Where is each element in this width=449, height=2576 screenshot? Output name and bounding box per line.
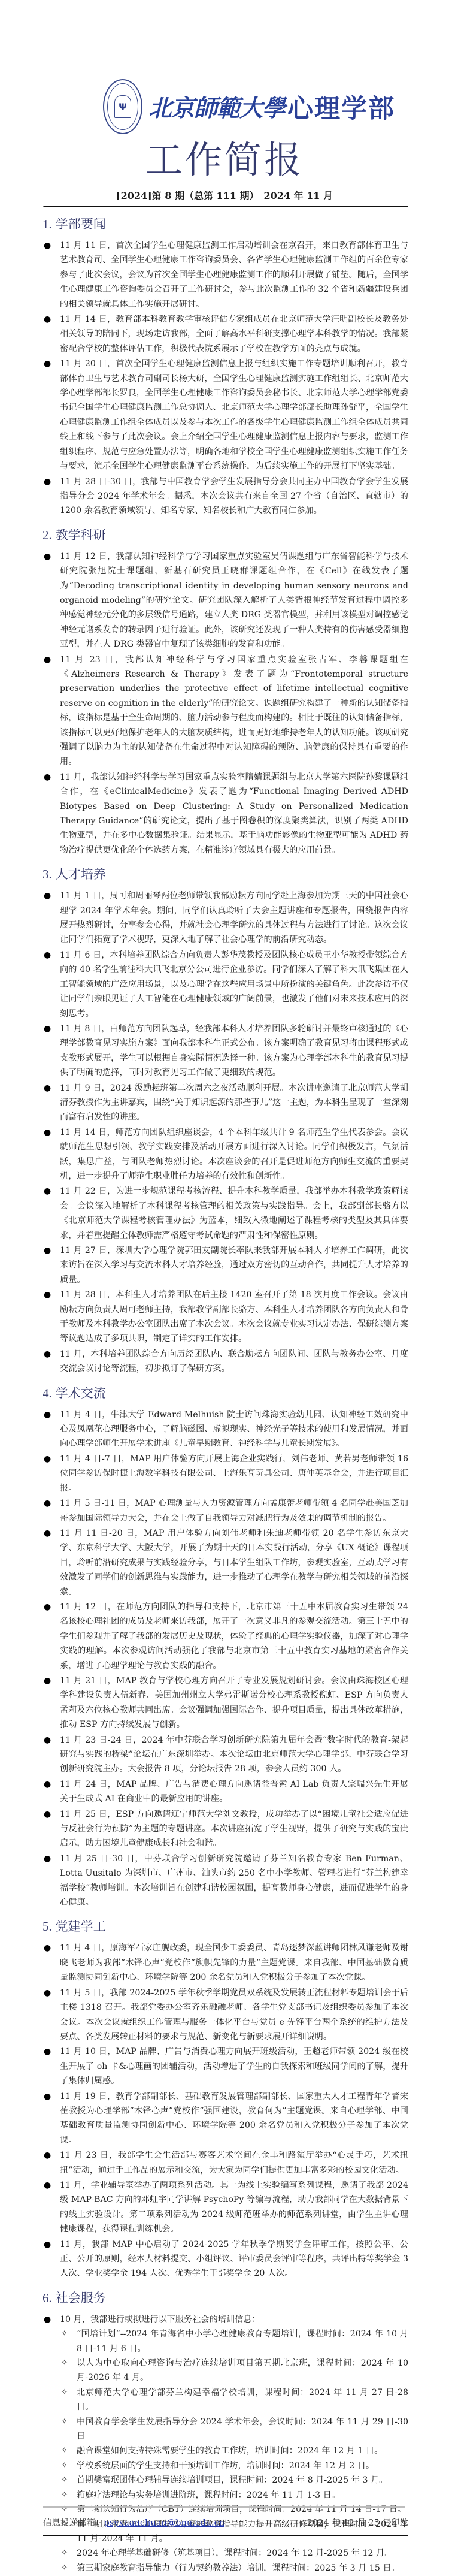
document-footer: 信息投递邮箱：psyxuanchuan@bnu.edu.cn 2024 年 12… bbox=[43, 2506, 408, 2536]
list-item-text: 11 月 6 日，本科培养团队综合方向负责人彭华茂教授及团队核心成员王小华教授带… bbox=[60, 950, 408, 1019]
sub-list-item: ✧学校系统层面的学生支持和干预培训工作坊，培训时间：2024 年 12 月 2 … bbox=[60, 2459, 408, 2473]
bullet-icon: ● bbox=[44, 1125, 51, 1140]
university-name: 北京師範大學 bbox=[148, 90, 285, 123]
sub-list-item: ✧融合课堂如何支持特殊需要学生的教育工作坊，培训时间：2024 年 12 月 1… bbox=[60, 2444, 408, 2458]
list-item-text: 11 月 25 日-30 日，中芬联合学习创新研究院邀请了芬兰知名教育专家 Be… bbox=[60, 1854, 408, 1907]
list-item-text: 11 月 21 日，MAP 教育与学校心理方向召开了专业发展规划研讨会。会议由珠… bbox=[60, 1676, 408, 1729]
sub-list-item-text: 2024 年心理学基础研修（筑基项目），课程时间：2024 年 12 月-202… bbox=[77, 2548, 393, 2558]
list-item-text: 11 月 11 日-20 日，MAP 用户体验方向刘伟老师和朱迪老师带领 20 … bbox=[60, 1529, 408, 1597]
list-item-text: 11 月 5 日-11 日，MAP 心理测量与人力资源管理方向孟康蕾老师带领 4… bbox=[60, 1499, 408, 1523]
bullet-icon: ● bbox=[44, 2312, 51, 2327]
bullet-icon: ● bbox=[44, 1986, 51, 2000]
list-item-text: 11 月 8 日，由师范方向团队起草，经我部本科人才培养团队多轮研讨并最终审核通… bbox=[60, 1024, 408, 1077]
bullet-icon: ● bbox=[44, 889, 51, 903]
section-title: 人才培养 bbox=[56, 867, 106, 881]
list-item-text: 11 月 14 日，师范方向团队组织座谈会，4 个本科年级共计 9 名师范生学生… bbox=[60, 1128, 408, 1181]
bullet-icon: ● bbox=[44, 948, 51, 962]
sub-list-item: ✧箱庭疗法理论与实务培训进阶班，课程时间：2024 年 11 月 1-3 日。 bbox=[60, 2488, 408, 2502]
footer-bottom-rule bbox=[43, 2535, 408, 2536]
bullet-icon: ● bbox=[44, 1288, 51, 1302]
list-item-text: 11 月 27 日，深圳大学心理学院郭田友副院长率队来我部开展本科人才培养工作调… bbox=[60, 1246, 408, 1285]
section-number: 2. bbox=[43, 528, 52, 542]
list-item: ●11 月 4 日，原海军石家庄舰政委，现全国少工委委员、青岛逐梦深蓝讲师团林风… bbox=[43, 1941, 408, 1985]
section-title: 社会服务 bbox=[56, 2291, 106, 2305]
diamond-bullet-icon: ✧ bbox=[61, 2444, 68, 2458]
bullet-icon: ● bbox=[44, 2045, 51, 2059]
list-item-text: 11 月 4 日-7 日，MAP 用户体验方向开展上海企业实践行，刘伟老师、黄若… bbox=[60, 1454, 408, 1493]
section-title: 学部要闻 bbox=[56, 217, 106, 231]
diamond-bullet-icon: ✧ bbox=[61, 2488, 68, 2502]
list-item: ●11 月 11 日-20 日，MAP 用户体验方向刘伟老师和朱迪老师带领 20… bbox=[43, 1526, 408, 1599]
list-item: ●11 月 4 日-7 日，MAP 用户体验方向开展上海企业实践行，刘伟老师、黄… bbox=[43, 1452, 408, 1496]
list-item: ●11 月 11 日，首次全国学生心理健康监测工作启动培训会在京召开，来自教育部… bbox=[43, 238, 408, 312]
email-info: 信息投递邮箱：psyxuanchuan@bnu.edu.cn bbox=[43, 2516, 224, 2529]
section-item-list: ●10 月，我部进行或拟进行以下服务社会的培训信息：✧“国培计划”--2024 … bbox=[43, 2312, 408, 2575]
header-divider bbox=[43, 206, 408, 207]
bullet-icon: ● bbox=[44, 1807, 51, 1822]
diamond-bullet-icon: ✧ bbox=[61, 2356, 68, 2370]
training-sub-list: ✧“国培计划”--2024 年青海省中小学心理健康教育专题培训，课程时间：202… bbox=[60, 2327, 408, 2575]
section-heading: 3.人才培养 bbox=[43, 866, 408, 883]
section-number: 3. bbox=[43, 867, 52, 881]
sub-list-item: ✧“国培计划”--2024 年青海省中小学心理健康教育专题培训，课程时间：202… bbox=[60, 2327, 408, 2356]
list-item-text: 11 月 19 日，教育学部副部长、基础教育发展管理部副部长、国家重大人才工程青… bbox=[60, 2092, 408, 2145]
document-title: 工作简报 bbox=[0, 139, 449, 181]
section-heading: 5.党建学工 bbox=[43, 1918, 408, 1935]
section-heading: 4.学术交流 bbox=[43, 1385, 408, 1402]
list-item: ●11 月 22 日，为进一步规范课程考核流程、提升本科教学质量，我部举办本科教… bbox=[43, 1184, 408, 1243]
list-item: ●11 月 12 日，在师范方向团队的指导和支持下，北京市第三十五中本届教育实习… bbox=[43, 1600, 408, 1673]
sub-list-item-text: 箱庭疗法理论与实务培训进阶班，课程时间：2024 年 11 月 1-3 日。 bbox=[77, 2490, 340, 2500]
section-title: 党建学工 bbox=[56, 1919, 106, 1934]
bullet-icon: ● bbox=[44, 1777, 51, 1792]
bullet-icon: ● bbox=[44, 312, 51, 327]
bullet-icon: ● bbox=[44, 2237, 51, 2252]
list-item: ●11 月，我部认知神经科学与学习国家重点实验室隋婧课题组与北京大学第六医院孙黎… bbox=[43, 770, 408, 857]
sub-list-item-text: 北京师范大学心理学部芬兰构建幸福学校培训，课程时间：2024 年 11 月 27… bbox=[77, 2388, 408, 2412]
sub-list-item: ✧中国教育学会学生发展指导分会 2024 学术年会，会议时间：2024 年 11… bbox=[60, 2415, 408, 2444]
section-number: 6. bbox=[43, 2291, 52, 2305]
list-item-text: 11 月 28 日-30 日，我部与中国教育学会学生发展指导分会共同主办中国教育… bbox=[60, 477, 408, 516]
section-item-list: ●11 月 4 日，原海军石家庄舰政委，现全国少工委委员、青岛逐梦深蓝讲师团林风… bbox=[43, 1941, 408, 2281]
list-item: ●11 月 14 日，师范方向团队组织座谈会，4 个本科年级共计 9 名师范生学… bbox=[43, 1125, 408, 1184]
list-item: ●11 月 28 日，本科生人才培养团队在后主楼 1420 室召开了第 18 次… bbox=[43, 1288, 408, 1346]
list-item: ●11 月，我部 MAP 中心启动了 2024-2025 学年秋季学期奖学金评审… bbox=[43, 2237, 408, 2281]
list-item-text: 11 月，我部 MAP 中心启动了 2024-2025 学年秋季学期奖学金评审工… bbox=[60, 2240, 408, 2279]
list-item: ●11 月，学业辅导室举办了两项系列活动。其一为线上实验编写系列课程，邀请了我部… bbox=[43, 2178, 408, 2237]
list-item-text: 11 月 9 日，2024 级励耘班第二次周六之夜活动顺利开展。本次讲座邀请了北… bbox=[60, 1083, 408, 1122]
sub-list-item-text: 学校系统层面的学生支持和干预培训工作坊，培训时间：2024 年 12 月 2 日… bbox=[77, 2461, 374, 2471]
list-item-text: 11 月 10 日，MAP 品牌、广告与消费心理方向展开班级活动，王超老师带领 … bbox=[60, 2047, 408, 2086]
list-item-text: 11 月 20 日，首次全国学生心理健康监测信息上报与组织实施工作专题培训顺利召… bbox=[60, 359, 408, 471]
list-item: ●11 月 5 日，我部 2024-2025 学年秋季学期党员双系统及发展转正流… bbox=[43, 1986, 408, 2045]
list-item-text: 11 月 4 日，牛津大学 Edward Melhuish 院士访问珠海实验幼儿… bbox=[60, 1410, 408, 1449]
list-item-text: 10 月，我部进行或拟进行以下服务社会的培训信息： bbox=[60, 2315, 260, 2324]
section-item-list: ●11 月 4 日，牛津大学 Edward Melhuish 院士访问珠海实验幼… bbox=[43, 1408, 408, 1910]
list-item-text: 11 月 23 日，我部认知神经科学与学习国家重点实验室张占军、李馨课题组在《A… bbox=[60, 655, 408, 767]
bullet-icon: ● bbox=[44, 1733, 51, 1747]
diamond-bullet-icon: ✧ bbox=[61, 2546, 68, 2560]
section-heading: 1.学部要闻 bbox=[43, 216, 408, 232]
diamond-bullet-icon: ✧ bbox=[61, 2415, 68, 2429]
bullet-icon: ● bbox=[44, 1852, 51, 1866]
list-item-text: 11 月 11 日，首次全国学生心理健康监测工作启动培训会在京召开，来自教育部体… bbox=[60, 241, 408, 309]
email-link[interactable]: psyxuanchuan@bnu.edu.cn bbox=[104, 2518, 225, 2528]
sub-list-item-text: “国培计划”--2024 年青海省中小学心理健康教育专题培训，课程时间：2024… bbox=[77, 2329, 408, 2353]
bullet-icon: ● bbox=[44, 1674, 51, 1688]
section-heading: 6.社会服务 bbox=[43, 2290, 408, 2306]
bullet-icon: ● bbox=[44, 653, 51, 667]
bullet-icon: ● bbox=[44, 549, 51, 564]
email-label: 信息投递邮箱： bbox=[43, 2518, 104, 2528]
diamond-bullet-icon: ✧ bbox=[61, 2561, 68, 2575]
section-number: 1. bbox=[43, 217, 52, 231]
section-title: 学术交流 bbox=[56, 1386, 106, 1400]
diamond-bullet-icon: ✧ bbox=[61, 2473, 68, 2487]
bullet-icon: ● bbox=[44, 1022, 51, 1036]
list-item-text: 11 月 1 日，周可和周丽琴两位老师带领我部励耘方向同学赴上海参加为期三天的中… bbox=[60, 891, 408, 944]
bullet-icon: ● bbox=[44, 1081, 51, 1095]
bullet-icon: ● bbox=[44, 2089, 51, 2104]
bullet-icon: ● bbox=[44, 475, 51, 489]
section-item-list: ●11 月 1 日，周可和周丽琴两位老师带领我部励耘方向同学赴上海参加为期三天的… bbox=[43, 889, 408, 1376]
document-body: 1.学部要闻●11 月 11 日，首次全国学生心理健康监测工作启动培训会在京召开… bbox=[43, 206, 408, 2576]
list-item: ●11 月 25 日，ESP 方向邀请辽宁师范大学刘文教授，成功举办了以“困境儿… bbox=[43, 1807, 408, 1851]
psi-bell-icon: Ψ bbox=[114, 95, 131, 118]
bullet-icon: ● bbox=[44, 2148, 51, 2163]
sub-list-item-text: 以人为中心取向心理咨询与治疗连续培训项目第五期北京班，课程时间：2024 年 1… bbox=[77, 2358, 408, 2382]
sub-list-item-text: 中国教育学会学生发展指导分会 2024 学术年会，会议时间：2024 年 11 … bbox=[77, 2417, 408, 2441]
list-item: ●11 月 21 日，MAP 教育与学校心理方向召开了专业发展规划研讨会。会议由… bbox=[43, 1674, 408, 1732]
section-item-list: ●11 月 11 日，首次全国学生心理健康监测工作启动培训会在京召开，来自教育部… bbox=[43, 238, 408, 518]
bullet-icon: ● bbox=[44, 1243, 51, 1258]
list-item: ●11 月 4 日，牛津大学 Edward Melhuish 院士访问珠海实验幼… bbox=[43, 1408, 408, 1451]
list-item: ●11 月 14 日，教育部本科教育教学审核评估专家组成员在北京师范大学汪明副校… bbox=[43, 312, 408, 356]
bullet-icon: ● bbox=[44, 1347, 51, 1361]
sub-list-item: ✧2024 年心理学基础研修（筑基项目），课程时间：2024 年 12 月-20… bbox=[60, 2546, 408, 2560]
sub-list-item: ✧北京师范大学心理学部芬兰构建幸福学校培训，课程时间：2024 年 11 月 2… bbox=[60, 2385, 408, 2415]
section-number: 5. bbox=[43, 1919, 52, 1934]
footer-divider bbox=[43, 2506, 405, 2508]
bullet-icon: ● bbox=[44, 1526, 51, 1541]
list-item-text: 11 月，我部认知神经科学与学习国家重点实验室隋婧课题组与北京大学第六医院孙黎课… bbox=[60, 772, 408, 855]
bullet-icon: ● bbox=[44, 357, 51, 371]
list-item-text: 11 月 25 日，ESP 方向邀请辽宁师范大学刘文教授，成功举办了以“困境儿童… bbox=[60, 1810, 408, 1849]
list-item-text: 11 月 12 日，在师范方向团队的指导和支持下，北京市第三十五中本届教育实习生… bbox=[60, 1602, 408, 1671]
list-item: ●11 月 8 日，由师范方向团队起草，经我部本科人才培养团队多轮研讨并最终审核… bbox=[43, 1022, 408, 1080]
logo-wordmark: 北京師範大學 心理学部 bbox=[148, 89, 395, 125]
bullet-icon: ● bbox=[44, 2178, 51, 2193]
section-title: 教学科研 bbox=[56, 528, 106, 542]
list-item: ●11 月 23 日-24 日，2024 年中芬联合学习创新研究院第九届年会暨“… bbox=[43, 1733, 408, 1777]
bullet-icon: ● bbox=[44, 1452, 51, 1466]
issue-line: [2024]第 8 期（总第 111 期） 2024 年 11 月 bbox=[0, 188, 449, 202]
diamond-bullet-icon: ✧ bbox=[61, 2327, 68, 2341]
list-item: ●11 月 23 日，我部认知神经科学与学习国家重点实验室张占军、李馨课题组在《… bbox=[43, 653, 408, 769]
bullet-icon: ● bbox=[44, 238, 51, 253]
list-item: ●11 月 6 日，本科培养团队综合方向负责人彭华茂教授及团队核心成员王小华教授… bbox=[43, 948, 408, 1021]
list-item: ●11 月 25 日-30 日，中芬联合学习创新研究院邀请了芬兰知名教育专家 B… bbox=[43, 1852, 408, 1910]
list-item-text: 11 月 22 日，为进一步规范课程考核流程、提升本科教学质量，我部举办本科教学… bbox=[60, 1186, 408, 1240]
list-item-text: 11 月 28 日，本科生人才培养团队在后主楼 1420 室召开了第 18 次月… bbox=[60, 1290, 408, 1343]
section-heading: 2.教学科研 bbox=[43, 527, 408, 543]
university-seal-icon: Ψ bbox=[103, 79, 142, 134]
bullet-icon: ● bbox=[44, 1184, 51, 1198]
sub-list-item: ✧首期樊富珉团体心理辅导连续培训项目，课程时间：2024 年 8 月-2025 … bbox=[60, 2473, 408, 2487]
diamond-bullet-icon: ✧ bbox=[61, 2385, 68, 2400]
section-number: 4. bbox=[43, 1386, 52, 1400]
list-item: ●11 月 1 日，周可和周丽琴两位老师带领我部励耘方向同学赴上海参加为期三天的… bbox=[43, 889, 408, 947]
section-item-list: ●11 月 12 日，我部认知神经科学与学习国家重点实验室吴倩课题组与广东省智能… bbox=[43, 549, 408, 858]
sub-list-item: ✧以人为中心取向心理咨询与治疗连续培训项目第五期北京班，课程时间：2024 年 … bbox=[60, 2356, 408, 2385]
faculty-logo: Ψ 北京師範大學 心理学部 bbox=[103, 78, 395, 135]
sub-list-item: ✧第三期家庭教育指导能力（行为契约教养法）培训，课程时间：2025 年 3 月 … bbox=[60, 2561, 408, 2575]
bullet-icon: ● bbox=[44, 1600, 51, 1614]
sub-list-item-text: 第三期家庭教育指导能力（行为契约教养法）培训，课程时间：2025 年 3 月 1… bbox=[77, 2563, 400, 2573]
diamond-bullet-icon: ✧ bbox=[61, 2459, 68, 2473]
list-item: ●11 月 28 日-30 日，我部与中国教育学会学生发展指导分会共同主办中国教… bbox=[43, 475, 408, 518]
list-item-text: 11 月 24 日，MAP 品牌、广告与消费心理方向邀请益普索 AI Lab 负… bbox=[60, 1780, 408, 1804]
department-name: 心理学部 bbox=[287, 89, 395, 125]
sub-list-item-text: 融合课堂如何支持特殊需要学生的教育工作坊，培训时间：2024 年 12 月 1 … bbox=[77, 2446, 383, 2456]
list-item-text: 11 月 14 日，教育部本科教育教学审核评估专家组成员在北京师范大学汪明副校长… bbox=[60, 315, 408, 354]
list-item: ●11 月 9 日，2024 级励耘班第二次周六之夜活动顺利开展。本次讲座邀请了… bbox=[43, 1081, 408, 1125]
list-item: ●11 月 10 日，MAP 品牌、广告与消费心理方向展开班级活动，王超老师带领… bbox=[43, 2045, 408, 2088]
list-item-text: 11 月 4 日，原海军石家庄舰政委，现全国少工委委员、青岛逐梦深蓝讲师团林风谦… bbox=[60, 1943, 408, 1982]
list-item: ●11 月 24 日，MAP 品牌、广告与消费心理方向邀请益普索 AI Lab … bbox=[43, 1777, 408, 1807]
list-item: ●11 月 20 日，首次全国学生心理健康监测信息上报与组织实施工作专题培训顺利… bbox=[43, 357, 408, 473]
list-item: ●11 月 12 日，我部认知神经科学与学习国家重点实验室吴倩课题组与广东省智能… bbox=[43, 549, 408, 652]
issued-date: 2024 年 12 月 25 日印发 bbox=[307, 2516, 408, 2529]
sub-list-item-text: 首期樊富珉团体心理辅导连续培训项目，课程时间：2024 年 8 月-2025 年… bbox=[77, 2475, 387, 2485]
list-item: ●11 月 5 日-11 日，MAP 心理测量与人力资源管理方向孟康蕾老师带领 … bbox=[43, 1496, 408, 1526]
bullet-icon: ● bbox=[44, 1941, 51, 1955]
bullet-icon: ● bbox=[44, 1408, 51, 1422]
list-item: ●11 月 27 日，深圳大学心理学院郭田友副院长率队来我部开展本科人才培养工作… bbox=[43, 1243, 408, 1287]
list-item: ●11 月 23 日，我部学生会生活部与赛客艺术空间在金丰和路演厅举办“心灵手巧… bbox=[43, 2148, 408, 2178]
list-item: ●10 月，我部进行或拟进行以下服务社会的培训信息：✧“国培计划”--2024 … bbox=[43, 2312, 408, 2575]
list-item-text: 11 月 23 日，我部学生会生活部与赛客艺术空间在金丰和路演厅举办“心灵手巧，… bbox=[60, 2151, 408, 2175]
list-item-text: 11 月 23 日-24 日，2024 年中芬联合学习创新研究院第九届年会暨“数… bbox=[60, 1735, 408, 1774]
list-item-text: 11 月 12 日，我部认知神经科学与学习国家重点实验室吴倩课题组与广东省智能科… bbox=[60, 552, 408, 649]
list-item: ●11 月，本科培养团队综合方向历经团队内、联合励耘方向团队间、团队与教务办公室… bbox=[43, 1347, 408, 1376]
bullet-icon: ● bbox=[44, 1496, 51, 1511]
list-item-text: 11 月，本科培养团队综合方向历经团队内、联合励耘方向团队间、团队与教务办公室、… bbox=[60, 1349, 408, 1373]
list-item: ●11 月 19 日，教育学部副部长、基础教育发展管理部副部长、国家重大人才工程… bbox=[43, 2089, 408, 2148]
bullet-icon: ● bbox=[44, 770, 51, 784]
list-item-text: 11 月，学业辅导室举办了两项系列活动。其一为线上实验编写系列课程，邀请了我部 … bbox=[60, 2181, 408, 2234]
list-item-text: 11 月 5 日，我部 2024-2025 学年秋季学期党员双系统及发展转正流程… bbox=[60, 1988, 408, 2042]
